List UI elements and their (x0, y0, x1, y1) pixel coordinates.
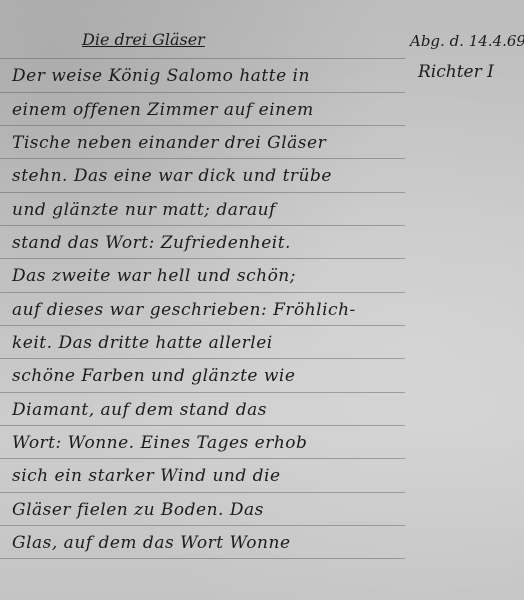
ruled-line (0, 358, 405, 359)
text-line: sich ein starker Wind und die (12, 466, 281, 486)
ruled-line (0, 458, 405, 459)
document-title: Die drei Gläser (82, 30, 205, 49)
ruled-line (0, 292, 405, 293)
ruled-line (0, 192, 405, 193)
text-line: und glänzte nur matt; darauf (12, 200, 276, 220)
ruled-line (0, 392, 405, 393)
ruled-line (0, 92, 405, 93)
ruled-line (0, 525, 405, 526)
ruled-line (0, 125, 405, 126)
text-line: keit. Das dritte hatte allerlei (12, 333, 273, 353)
ruled-line (0, 58, 405, 59)
margin-date: Abg. d. 14.4.69 (410, 32, 524, 50)
text-line: schöne Farben und glänzte wie (12, 366, 295, 386)
text-line: einem offenen Zimmer auf einem (12, 100, 314, 120)
ruled-line (0, 225, 405, 226)
ruled-line (0, 425, 405, 426)
text-line: auf dieses war geschrieben: Fröhlich- (12, 300, 356, 320)
text-line: Tische neben einander drei Gläser (12, 133, 326, 153)
ruled-line (0, 558, 405, 559)
document-page: Die drei Gläser Abg. d. 14.4.69 Richter … (0, 0, 524, 600)
text-line: Das zweite war hell und schön; (12, 266, 296, 286)
ruled-line (0, 258, 405, 259)
text-line: Diamant, auf dem stand das (12, 400, 267, 420)
text-line: stand das Wort: Zufriedenheit. (12, 233, 291, 253)
text-line: Glas, auf dem das Wort Wonne (12, 533, 291, 553)
ruled-line (0, 325, 405, 326)
margin-author: Richter I (418, 62, 494, 82)
text-line: Wort: Wonne. Eines Tages erhob (12, 433, 307, 453)
ruled-line (0, 492, 405, 493)
text-line: Gläser fielen zu Boden. Das (12, 500, 264, 520)
ruled-line (0, 158, 405, 159)
text-line: Der weise König Salomo hatte in (12, 66, 310, 86)
text-line: stehn. Das eine war dick und trübe (12, 166, 332, 186)
